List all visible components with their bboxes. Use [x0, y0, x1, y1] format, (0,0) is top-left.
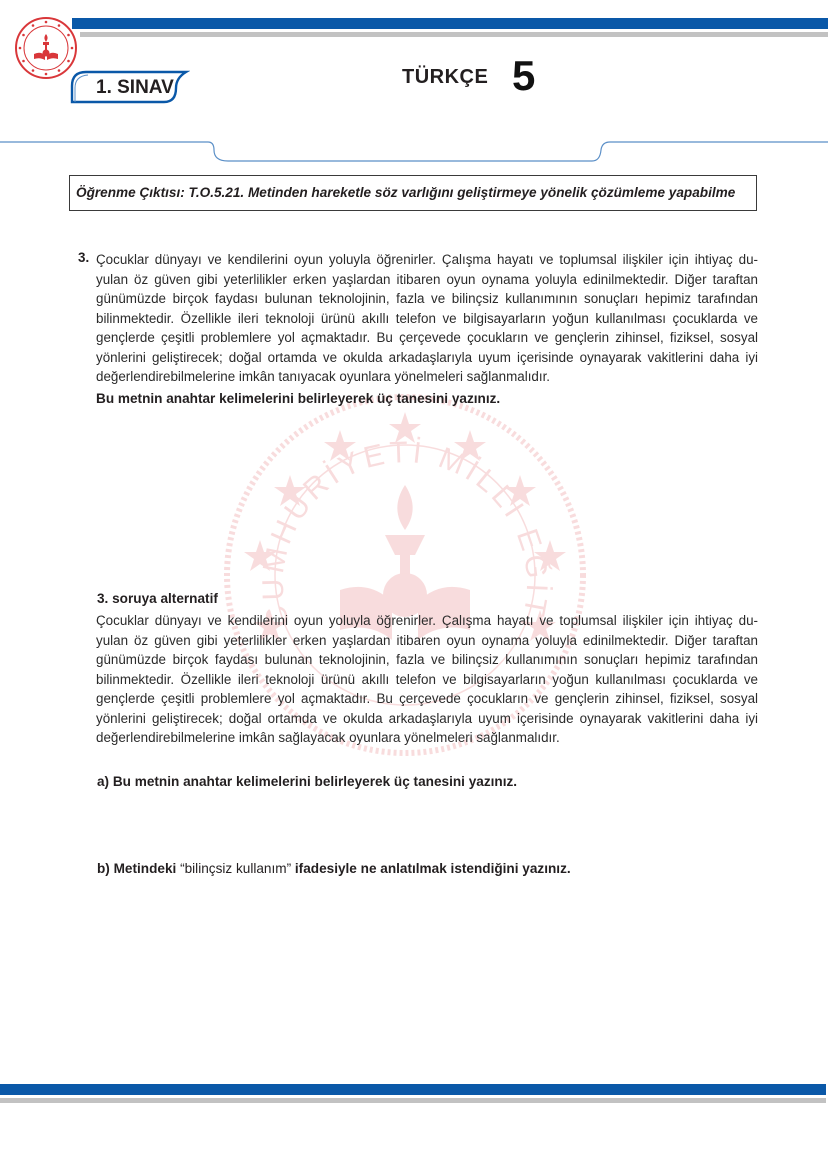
part-b-suffix: ifadesiyle ne anlatılmak istendiğini yaz… — [291, 861, 571, 876]
passage-line: yulan öz güven gibi yeterlilikler erken … — [96, 631, 758, 651]
passage-line: bilinmektedir. Özellikle ileri teknoloji… — [96, 670, 758, 690]
question-number: 3. — [78, 250, 89, 265]
top-blue-bar — [72, 18, 828, 29]
passage-line: gençlerde çeşitli problemlere yol açmakt… — [96, 689, 758, 709]
passage-line: günümüzde birçok faydası bulunan teknolo… — [96, 650, 758, 670]
alternative-part-b: b) Metindeki “bilinçsiz kullanım” ifades… — [97, 861, 571, 876]
passage-line: günümüzde birçok faydası bulunan teknolo… — [96, 289, 758, 309]
passage-line: değerlendirebilmelerine imkân sağlayacak… — [96, 728, 758, 748]
alternative-title: 3. soruya alternatif — [97, 591, 218, 606]
header-divider-line — [0, 130, 828, 170]
svg-text:CUMHURİYETİ MİLLİ EĞİTİM BAKAN: CUMHURİYETİ MİLLİ EĞİTİM BAKANLIĞI — [220, 390, 554, 638]
question-passage: Çocuklar dünyayı ve kendilerini oyun yol… — [96, 250, 758, 387]
alternative-part-a: a) Bu metnin anahtar kelimelerini belirl… — [97, 774, 517, 789]
passage-line: gençlerde çeşitli problemlere yol açmakt… — [96, 328, 758, 348]
exam-label: 1. SINAV — [96, 77, 174, 99]
learning-outcome-text: Öğrenme Çıktısı: T.O.5.21. Metinden hare… — [76, 185, 735, 200]
passage-line: değerlendirebilmelerine imkân tanıyacak … — [96, 367, 758, 387]
passage-line: yönlerini geliştirecek; doğal ortamda ve… — [96, 348, 758, 368]
watermark-text: CUMHURİYETİ MİLLİ EĞİTİM BAKANLIĞI — [220, 390, 554, 638]
question-prompt: Bu metnin anahtar kelimelerini belirleye… — [96, 391, 500, 406]
passage-line: yulan öz güven gibi yeterlilikler erken … — [96, 270, 758, 290]
bottom-gray-bar — [0, 1098, 826, 1103]
passage-line: bilinmektedir. Özellikle ileri teknoloji… — [96, 309, 758, 329]
bottom-blue-bar — [0, 1084, 826, 1095]
learning-outcome-box: Öğrenme Çıktısı: T.O.5.21. Metinden hare… — [69, 175, 757, 211]
passage-line: Çocuklar dünyayı ve kendilerini oyun yol… — [96, 250, 758, 270]
part-b-quote: “bilinçsiz kullanım” — [180, 861, 291, 876]
grade-number: 5 — [512, 52, 535, 100]
top-gray-bar — [80, 32, 828, 37]
alternative-passage: Çocuklar dünyayı ve kendilerini oyun yol… — [96, 611, 758, 748]
part-b-prefix: b) Metindeki — [97, 861, 180, 876]
passage-line: yönlerini geliştirecek; doğal ortamda ve… — [96, 709, 758, 729]
subject-title: TÜRKÇE — [402, 66, 488, 89]
passage-line: Çocuklar dünyayı ve kendilerini oyun yol… — [96, 611, 758, 631]
